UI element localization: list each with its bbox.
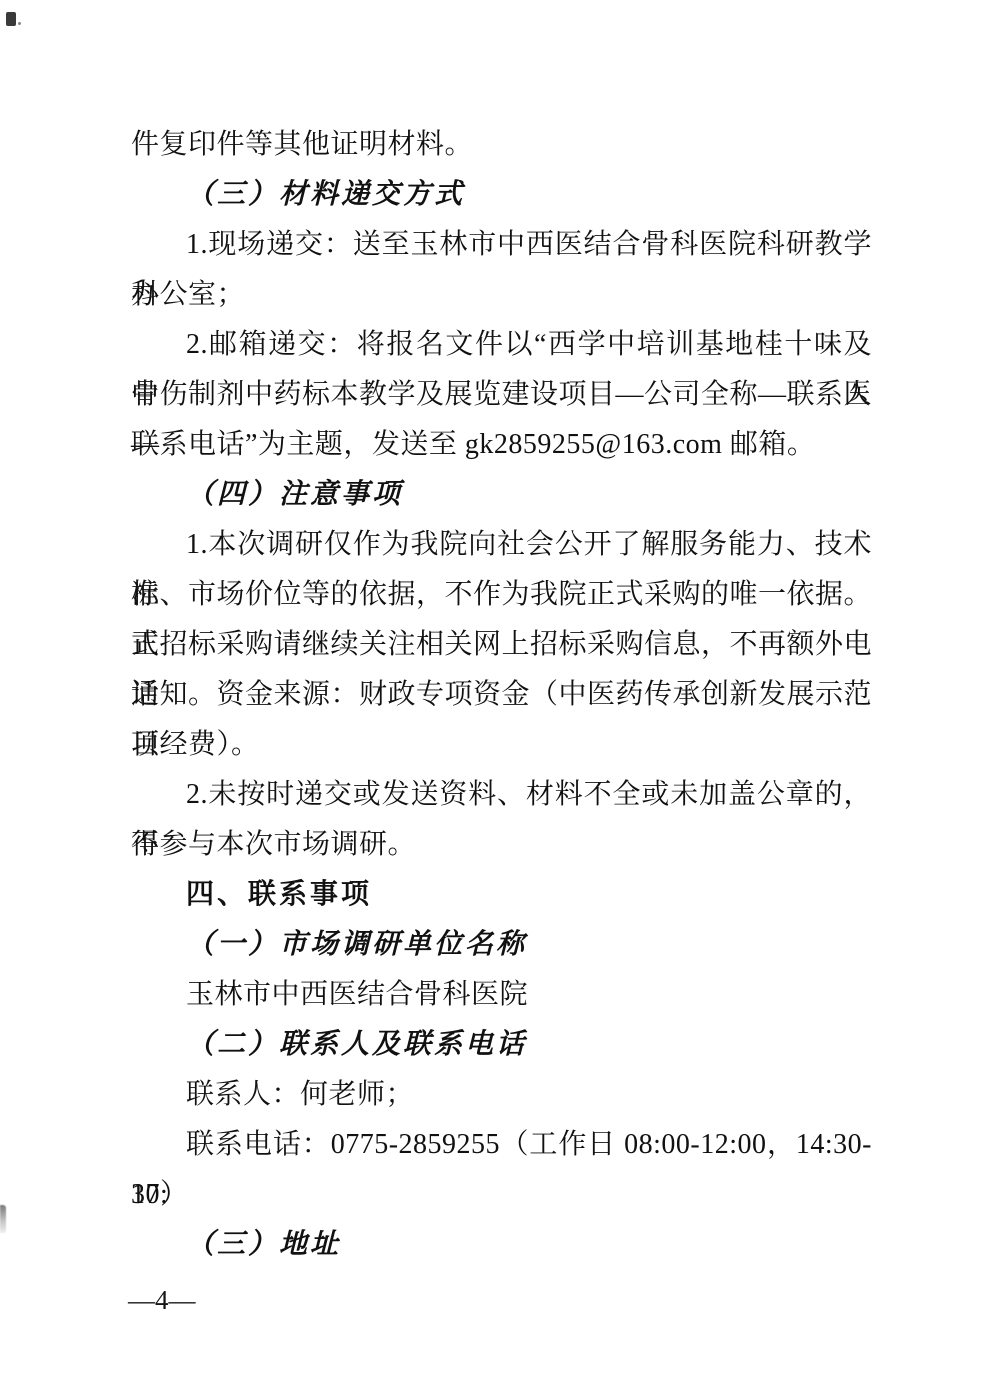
document-body: 件复印件等其他证明材料。（三）材料递交方式1.现场递交：送至玉林市中西医结合骨科… [131,120,872,1270]
text-line: 四、联系事项 [131,870,872,920]
scan-artifact-top-left [6,12,16,26]
text-line: 1.现场递交：送至玉林市中西医结合骨科医院科研教学科 [131,220,872,270]
text-line: 通知。资金来源：财政专项资金（中医药传承创新发展示范项 [131,670,872,720]
text-line: （二）联系人及联系电话 [131,1020,872,1070]
text-line: （一）市场调研单位名称 [131,920,872,970]
text-line: 目经费）。 [131,720,872,770]
text-line: 30） [131,1170,872,1220]
text-line: （四）注意事项 [131,470,872,520]
text-line: 联系电话”为主题，发送至 gk2859255@163.com 邮箱。 [131,420,872,470]
text-line: 准、市场价位等的依据，不作为我院正式采购的唯一依据。正 [131,570,872,620]
text-line: 玉林市中西医结合骨科医院 [131,970,872,1020]
scan-artifact-left-edge [0,1205,6,1233]
text-line: 件复印件等其他证明材料。 [131,120,872,170]
text-line: 式招标采购请继续关注相关网上招标采购信息，不再额外电话 [131,620,872,670]
text-line: 办公室； [131,270,872,320]
text-line: （三）材料递交方式 [131,170,872,220]
page-number: —4— [128,1284,196,1316]
text-line: 联系电话：0775-2859255（工作日 08:00-12:00，14:30-… [131,1120,872,1170]
text-line: 2.邮箱递交：将报名文件以“西学中培训基地桂十味及中医 [131,320,872,370]
text-line: 2.未按时递交或发送资料、材料不全或未加盖公章的，不 [131,770,872,820]
text-line: 联系人：何老师； [131,1070,872,1120]
text-line: 1.本次调研仅作为我院向社会公开了解服务能力、技术标 [131,520,872,570]
text-line: 骨伤制剂中药标本教学及展览建设项目—公司全称—联系人— [131,370,872,420]
document-page: 件复印件等其他证明材料。（三）材料递交方式1.现场递交：送至玉林市中西医结合骨科… [0,0,1000,1400]
text-line: 得参与本次市场调研。 [131,820,872,870]
text-line: （三）地址 [131,1220,872,1270]
